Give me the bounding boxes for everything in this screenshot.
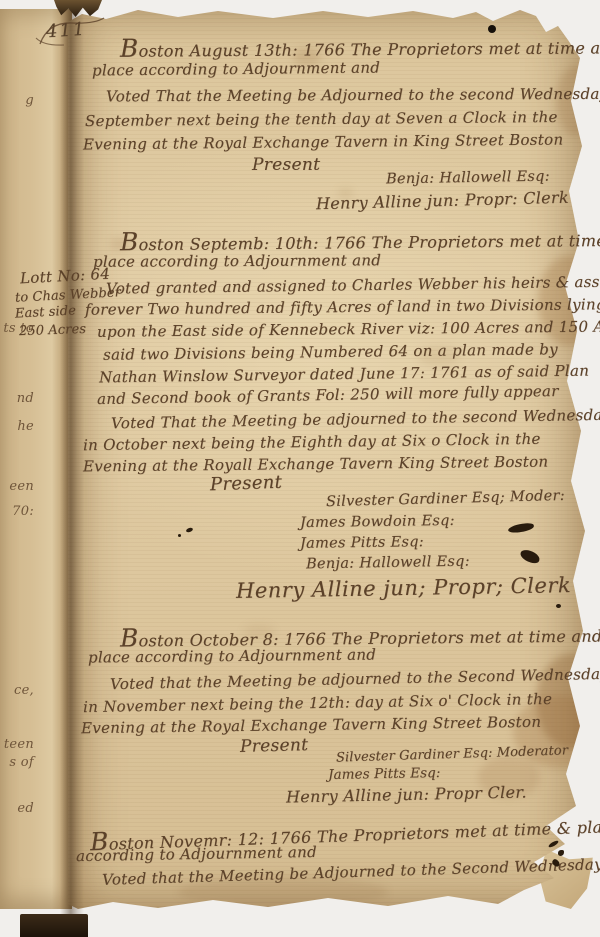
entry-text-line: Voted that the Meeting be adjourned to t… <box>110 666 600 694</box>
gutter-fragment: nd <box>0 392 34 405</box>
entry-text-line: Evening at the Royall Exchange Tavern Ki… <box>83 454 549 476</box>
present-heading: Present <box>252 156 320 176</box>
entry-text-line: September next being the tenth day at Se… <box>85 109 558 130</box>
gutter-fragment: een <box>0 480 34 493</box>
entry-text-line: said two Divisions being Numbered 64 on … <box>103 341 558 364</box>
entry-text-line: Voted granted and assigned to Charles We… <box>106 273 600 298</box>
entry-text-line: place according to Adjournment and <box>92 59 380 79</box>
gutter-fragment: 70: <box>0 505 34 518</box>
gutter-fragment: ce, <box>0 684 34 697</box>
margin-note-line: 250 Acres <box>19 323 87 340</box>
gutter-fragment: teen <box>0 738 34 751</box>
entry-text-line: place according to Adjournment and <box>93 252 381 271</box>
attendee-name: Benja: Hallowell Esq: <box>386 169 550 189</box>
margin-note-line: East side <box>15 304 77 322</box>
ink-blot <box>508 522 535 534</box>
ink-blot <box>556 604 561 608</box>
entry-text-line: in November next being the 12th: day at … <box>83 691 552 716</box>
attendee-name: Silvester Gardiner Esq; Moder: <box>326 488 565 511</box>
entry-text-line: in October next being the Eighth day at … <box>83 431 541 455</box>
gutter-fragment: g <box>0 94 34 107</box>
handwritten-text: 411 g ts to nd he een 70: ce, teen s of … <box>0 0 600 937</box>
ink-blot <box>519 548 541 565</box>
wormhole <box>488 25 496 33</box>
attendee-name: Benja: Hallowell Esq: <box>306 554 470 574</box>
entry-text-line: according to Adjournment and <box>76 844 317 865</box>
entry-text-line: forever Two hundred and fifty Acres of l… <box>85 296 600 319</box>
entry-text-line: Evening at the Royal Exchange Tavern in … <box>83 131 564 153</box>
attendee-name: James Pitts Esq: <box>328 766 441 783</box>
attendee-name: James Pitts Esq: <box>300 534 424 552</box>
gutter-fragment: ed <box>0 802 34 815</box>
page-number-flourish <box>34 16 108 50</box>
entry-text-line: place according to Adjournment and <box>88 646 376 666</box>
ink-blot <box>548 840 560 849</box>
clerk-signature: Henry Alline jun; Propr; Clerk <box>236 573 571 603</box>
attendee-name: James Bowdoin Esq: <box>300 513 455 532</box>
entry-text-line: and Second book of Grants Fol: 250 will … <box>97 383 559 408</box>
gutter-fragment: he <box>0 420 34 433</box>
present-heading: Present <box>210 473 283 496</box>
gutter-fragment: s of <box>0 756 34 769</box>
entry-text-line: Evening at the Royal Exchange Tavern Kin… <box>81 714 541 738</box>
clerk-signature: Henry Alline jun: Propr Cler. <box>286 783 527 806</box>
entry-text-line: upon the East side of Kennebeck River vi… <box>97 318 600 341</box>
clerk-signature: Henry Alline jun: Propr: Clerk <box>316 189 569 214</box>
attendee-name: Silvester Gardiner Esq: Moderator <box>336 744 568 766</box>
ink-blot <box>558 850 564 856</box>
entry-text-line: Voted That the Meeting be adjourned to t… <box>111 407 600 433</box>
entry-text-line: Voted That the Meeting be Adjourned to t… <box>106 86 600 106</box>
present-heading: Present <box>240 736 309 757</box>
manuscript-scan: 411 g ts to nd he een 70: ce, teen s of … <box>0 0 600 937</box>
ink-blot <box>178 534 181 537</box>
ink-blot <box>186 527 194 533</box>
